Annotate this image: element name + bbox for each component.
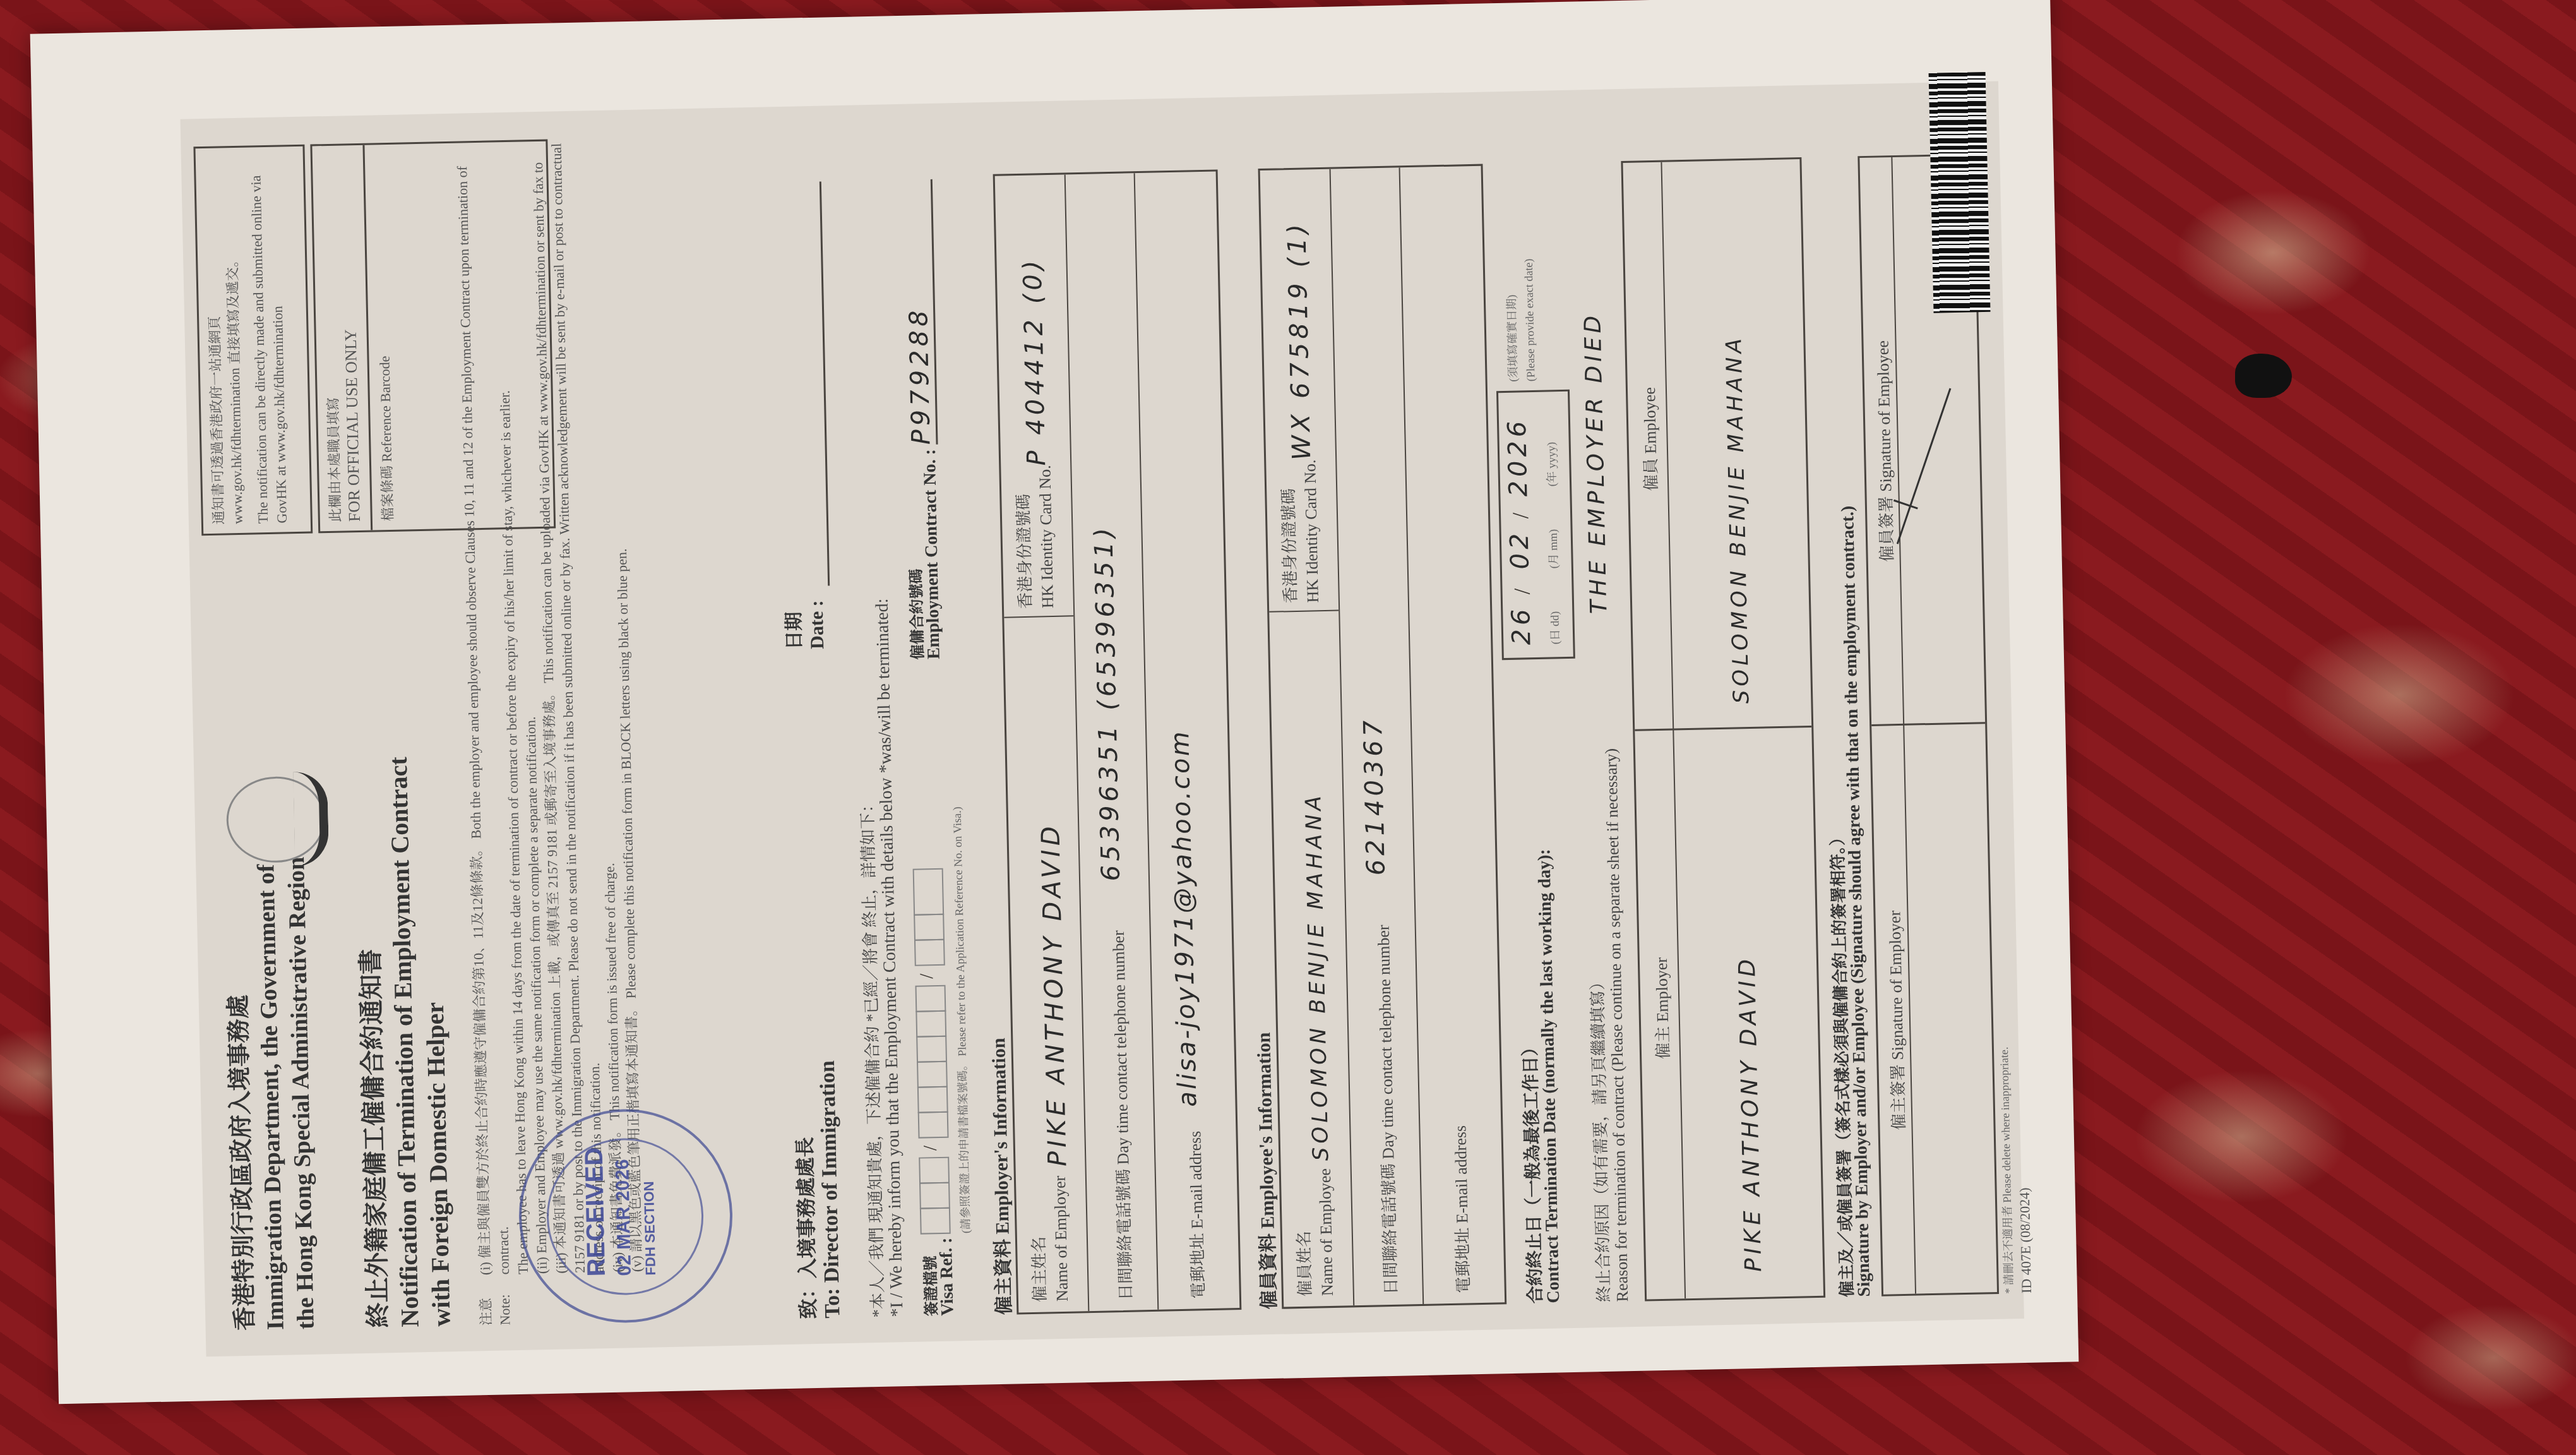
termination-date-box[interactable]: 26 / 02 / 2026 (日 dd) (月 mm) (年 yyyy) [1496,390,1575,660]
reason-employer-col-label: 僱主 Employer [1649,957,1674,1060]
employee-section-en: Employee's Information [1253,1032,1279,1228]
employer-name-label-en: Name of Employer [1051,1175,1072,1302]
employee-email-label: 電郵地址 E-mail address [1447,1125,1474,1293]
date-input-line[interactable] [820,182,830,586]
phone-label-en: Day time contact telephone number [1374,925,1398,1159]
date-label-en: Date : [806,600,829,649]
department-name-zh: 香港特別行政區政府入境事務處 [224,995,260,1331]
employee-section-zh: 僱員資料 [1258,1233,1280,1310]
employer-hkid-label-en: HK Identity Card No. [1035,465,1058,608]
phone-label-en: Day time contact telephone number [1109,930,1133,1165]
sig-employee-label: 僱員簽署 Signature of Employee [1869,340,1897,562]
paper-sheet: 香港特別行政區政府入境事務處 Immigration Department, t… [30,0,2079,1404]
employer-email-field[interactable]: alisa-joy1971@yahoo.com [1166,729,1202,1107]
termination-month[interactable]: 02 [1505,529,1535,570]
reason-employee-col-label: 僱員 Employee [1637,387,1662,491]
employer-email-label: 電郵地址 E-mail address [1182,1130,1209,1298]
visa-ref-label-en: Visa Ref. : [936,1237,958,1316]
employer-section-title: 僱主資料 Employer's Information [982,1038,1016,1315]
employer-hkid-field[interactable]: P 404412 (0) [1018,256,1051,466]
employee-hkid-field[interactable]: WX 675819 (1) [1282,220,1316,461]
employee-section-title: 僱員資料 Employee's Information [1248,1032,1281,1309]
to-director-en: To: Director of Immigration [816,1060,845,1319]
employer-name-label-zh: 僱主姓名 [1026,1236,1051,1302]
stamp-received-text: RECEIVED [580,1147,611,1276]
official-use-label: 此欄由本處職員填寫 FOR OFFICIAL USE ONLY [312,145,373,532]
form-page: 香港特別行政區政府入境事務處 Immigration Department, t… [181,81,2024,1356]
contract-no-label-en: Employment Contract No. : [920,449,945,659]
note-label: 注意 Note: [476,1281,515,1326]
employer-phone-field[interactable]: 65396351 (65396351) [1089,524,1126,882]
employee-info-table: 僱員姓名 Name of Employee SOLOMON BENJIE MAH… [1258,164,1507,1309]
dd-hint: (日 dd) [1547,611,1563,645]
reason-employee-name: SOLOMON BENJIE MAHANA [1721,335,1754,704]
employee-hkid-label-zh: 香港身份證號碼 [1275,488,1301,604]
employee-phone-field[interactable]: 62140367 [1359,716,1391,876]
reason-names-table: 僱主 Employer 僱員 Employee PIKE ANTHONY DAV… [1621,157,1825,1302]
reason-employer-name: PIKE ANTHONY DAVID [1734,955,1767,1272]
hksar-emblem-icon [225,775,326,863]
date-separator: / [1507,512,1534,519]
online-submission-box: 通知書可透過香港政府一站通網頁 www.gov.hk/fdhterminatio… [193,145,313,536]
online-text-zh: 通知書可透過香港政府一站通網頁 www.gov.hk/fdhterminatio… [195,148,254,534]
contract-no-field[interactable]: P979288 [902,179,938,445]
employer-section-zh: 僱主資料 [993,1239,1015,1315]
reason-field[interactable]: THE EMPLOYER DIED [1580,312,1612,614]
sig-employer-label: 僱主簽署 Signature of Employer [1881,911,1909,1130]
email-label-en: E-mail address [1186,1130,1206,1229]
to-director-zh: 致：入境事務處處長 [789,1137,821,1319]
termination-year[interactable]: 2026 [1503,417,1534,497]
yyyy-hint: (年 yyyy) [1544,442,1559,487]
employer-section-en: Employer's Information [988,1038,1013,1234]
phone-label-zh: 日間聯絡電話號碼 [1114,1169,1135,1301]
employer-hkid-label-zh: 香港身份證號碼 [1010,494,1036,609]
visa-ref-input[interactable]: / / [913,870,951,1235]
visa-ref-hint: (請參照簽證上的申請書檔案號碼。 Please refer to the App… [950,806,974,1233]
employee-name-label-zh: 僱員姓名 [1291,1231,1316,1297]
signature-table: 僱主簽署 Signature of Employer 僱員簽署 Signatur… [1857,153,1999,1296]
employee-name-field[interactable]: SOLOMON BENJIE MAHANA [1301,792,1333,1161]
employee-name-label-en: Name of Employee [1316,1168,1337,1296]
employer-info-table: 僱主姓名 Name of Employer PIKE ANTHONY DAVID… [993,169,1242,1314]
employer-phone-label: 日間聯絡電話號碼 Day time contact telephone numb… [1106,930,1136,1300]
email-label-zh: 電郵地址 [1453,1227,1473,1293]
email-label-zh: 電郵地址 [1188,1233,1208,1299]
notes-block: (i) 僱主與僱員雙方於終止合約時應遵守僱傭合約第10、11及12條條款。 Bo… [452,135,647,1275]
email-label-en: E-mail address [1451,1125,1471,1224]
barcode [1929,72,1991,313]
online-text-en: The notification can be directly made an… [246,147,292,532]
stamp-dept: FDH SECTION [641,1181,659,1276]
form-area: 香港特別行政區政府入境事務處 Immigration Department, t… [181,81,2024,1356]
form-id: ID 407E (08/2024) [2015,1187,2036,1293]
delete-inappropriate-note: * 請刪去不適用者 Please delete where inappropri… [1996,1046,2017,1293]
employee-phone-label: 日間聯絡電話號碼 Day time contact telephone numb… [1371,925,1402,1295]
fabric-hole [2235,354,2292,398]
date-separator: / [1509,588,1535,595]
phone-label-zh: 日間聯絡電話號碼 [1380,1163,1400,1295]
termination-day[interactable]: 26 [1506,605,1536,645]
form-title-en-2: with Foreign Domestic Helper [420,1002,457,1327]
exact-date-hint-en: (Please provide exact date) [1521,258,1539,381]
stamp-date: 02 MAR 2026 [612,1159,636,1276]
date-label-zh: 日期 [778,611,806,650]
employer-name-field[interactable]: PIKE ANTHONY DAVID [1036,822,1072,1166]
exact-date-hint-zh: (須填寫確實日期) [1504,294,1521,381]
employee-hkid-label-en: HK Identity Card No. [1301,459,1323,602]
mm-hint: (月 mm) [1546,529,1561,569]
